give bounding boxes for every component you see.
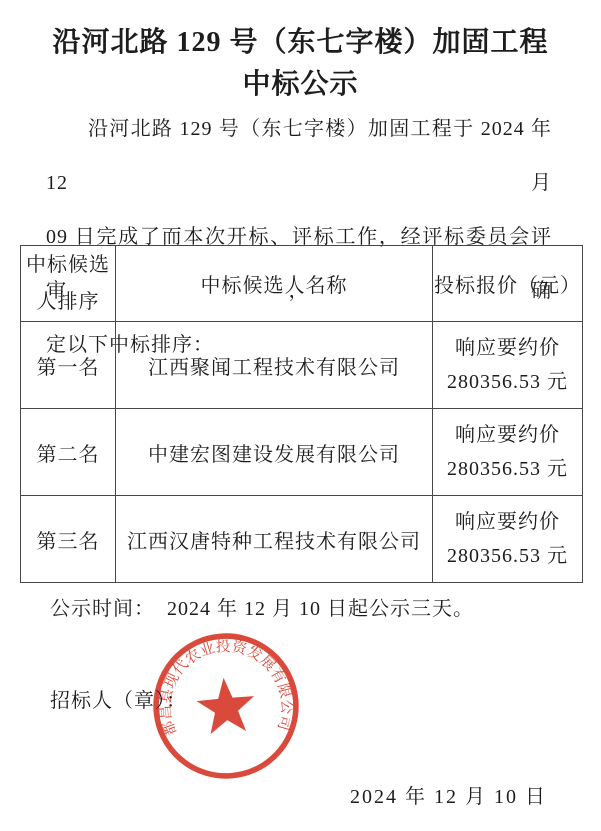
rank-cell: 第一名 — [21, 322, 116, 409]
document-title: 沿河北路 129 号（东七字楼）加固工程 中标公示 — [0, 22, 601, 106]
header-rank: 中标候选 人排序 — [21, 246, 116, 322]
price-value: 280356.53 元 — [433, 539, 582, 573]
rank-cell: 第三名 — [21, 496, 116, 583]
title-line-2: 中标公示 — [0, 64, 601, 106]
publicity-period-line: 公示时间： 2024 年 12 月 10 日起公示三天。 — [50, 592, 474, 621]
price-label: 响应要约价 — [433, 505, 582, 539]
table-row: 第一名 江西聚闻工程技术有限公司 响应要约价 280356.53 元 — [21, 322, 583, 409]
intro-line-1: 沿河北路 129 号（东七字楼）加固工程于 2024 年 12 月 — [46, 102, 552, 210]
company-seal-stamp: 都昌县现代农业投资发展有限公司 — [144, 624, 309, 789]
price-cell: 响应要约价 280356.53 元 — [433, 496, 583, 583]
table-row: 第二名 中建宏图建设发展有限公司 响应要约价 280356.53 元 — [21, 409, 583, 496]
company-name-cell: 江西汉唐特种工程技术有限公司 — [116, 496, 433, 583]
company-name-cell: 中建宏图建设发展有限公司 — [116, 409, 433, 496]
seal-svg: 都昌县现代农业投资发展有限公司 — [144, 624, 309, 789]
bid-ranking-table: 中标候选 人排序 中标候选人名称 投标报价（元） 第一名 江西聚闻工程技术有限公… — [20, 245, 583, 583]
price-cell: 响应要约价 280356.53 元 — [433, 409, 583, 496]
table-row: 第三名 江西汉唐特种工程技术有限公司 响应要约价 280356.53 元 — [21, 496, 583, 583]
header-rank-line2: 人排序 — [21, 284, 115, 321]
header-rank-line1: 中标候选 — [21, 247, 115, 284]
price-label: 响应要约价 — [433, 418, 582, 452]
table-header-row: 中标候选 人排序 中标候选人名称 投标报价（元） — [21, 246, 583, 322]
header-candidate-name: 中标候选人名称 — [116, 246, 433, 322]
price-label: 响应要约价 — [433, 331, 582, 365]
header-bid-price: 投标报价（元） — [433, 246, 583, 322]
seal-star-icon — [195, 675, 257, 735]
price-cell: 响应要约价 280356.53 元 — [433, 322, 583, 409]
price-value: 280356.53 元 — [433, 365, 582, 399]
document-date: 2024 年 12 月 10 日 — [0, 780, 547, 809]
rank-cell: 第二名 — [21, 409, 116, 496]
price-value: 280356.53 元 — [433, 452, 582, 486]
company-name-cell: 江西聚闻工程技术有限公司 — [116, 322, 433, 409]
title-line-1: 沿河北路 129 号（东七字楼）加固工程 — [0, 22, 601, 64]
